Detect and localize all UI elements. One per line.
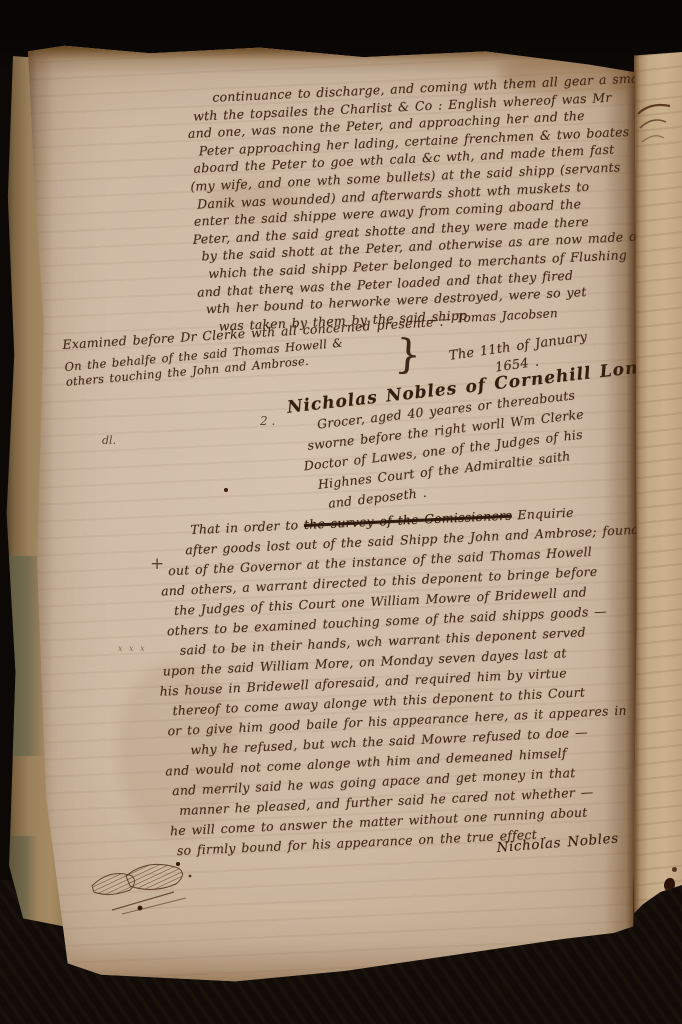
- facing-page-edge: [634, 52, 682, 940]
- facing-page-ink-strokes: [636, 92, 682, 182]
- ink-blot-small: [672, 867, 677, 872]
- manuscript-page: continuance to discharge, and coming wth…: [28, 40, 638, 988]
- under-page-edge: [4, 556, 44, 756]
- manuscript-photo: continuance to discharge, and coming wth…: [0, 0, 682, 1024]
- facing-page-showthrough: [634, 52, 682, 940]
- page-vignette: [28, 40, 638, 988]
